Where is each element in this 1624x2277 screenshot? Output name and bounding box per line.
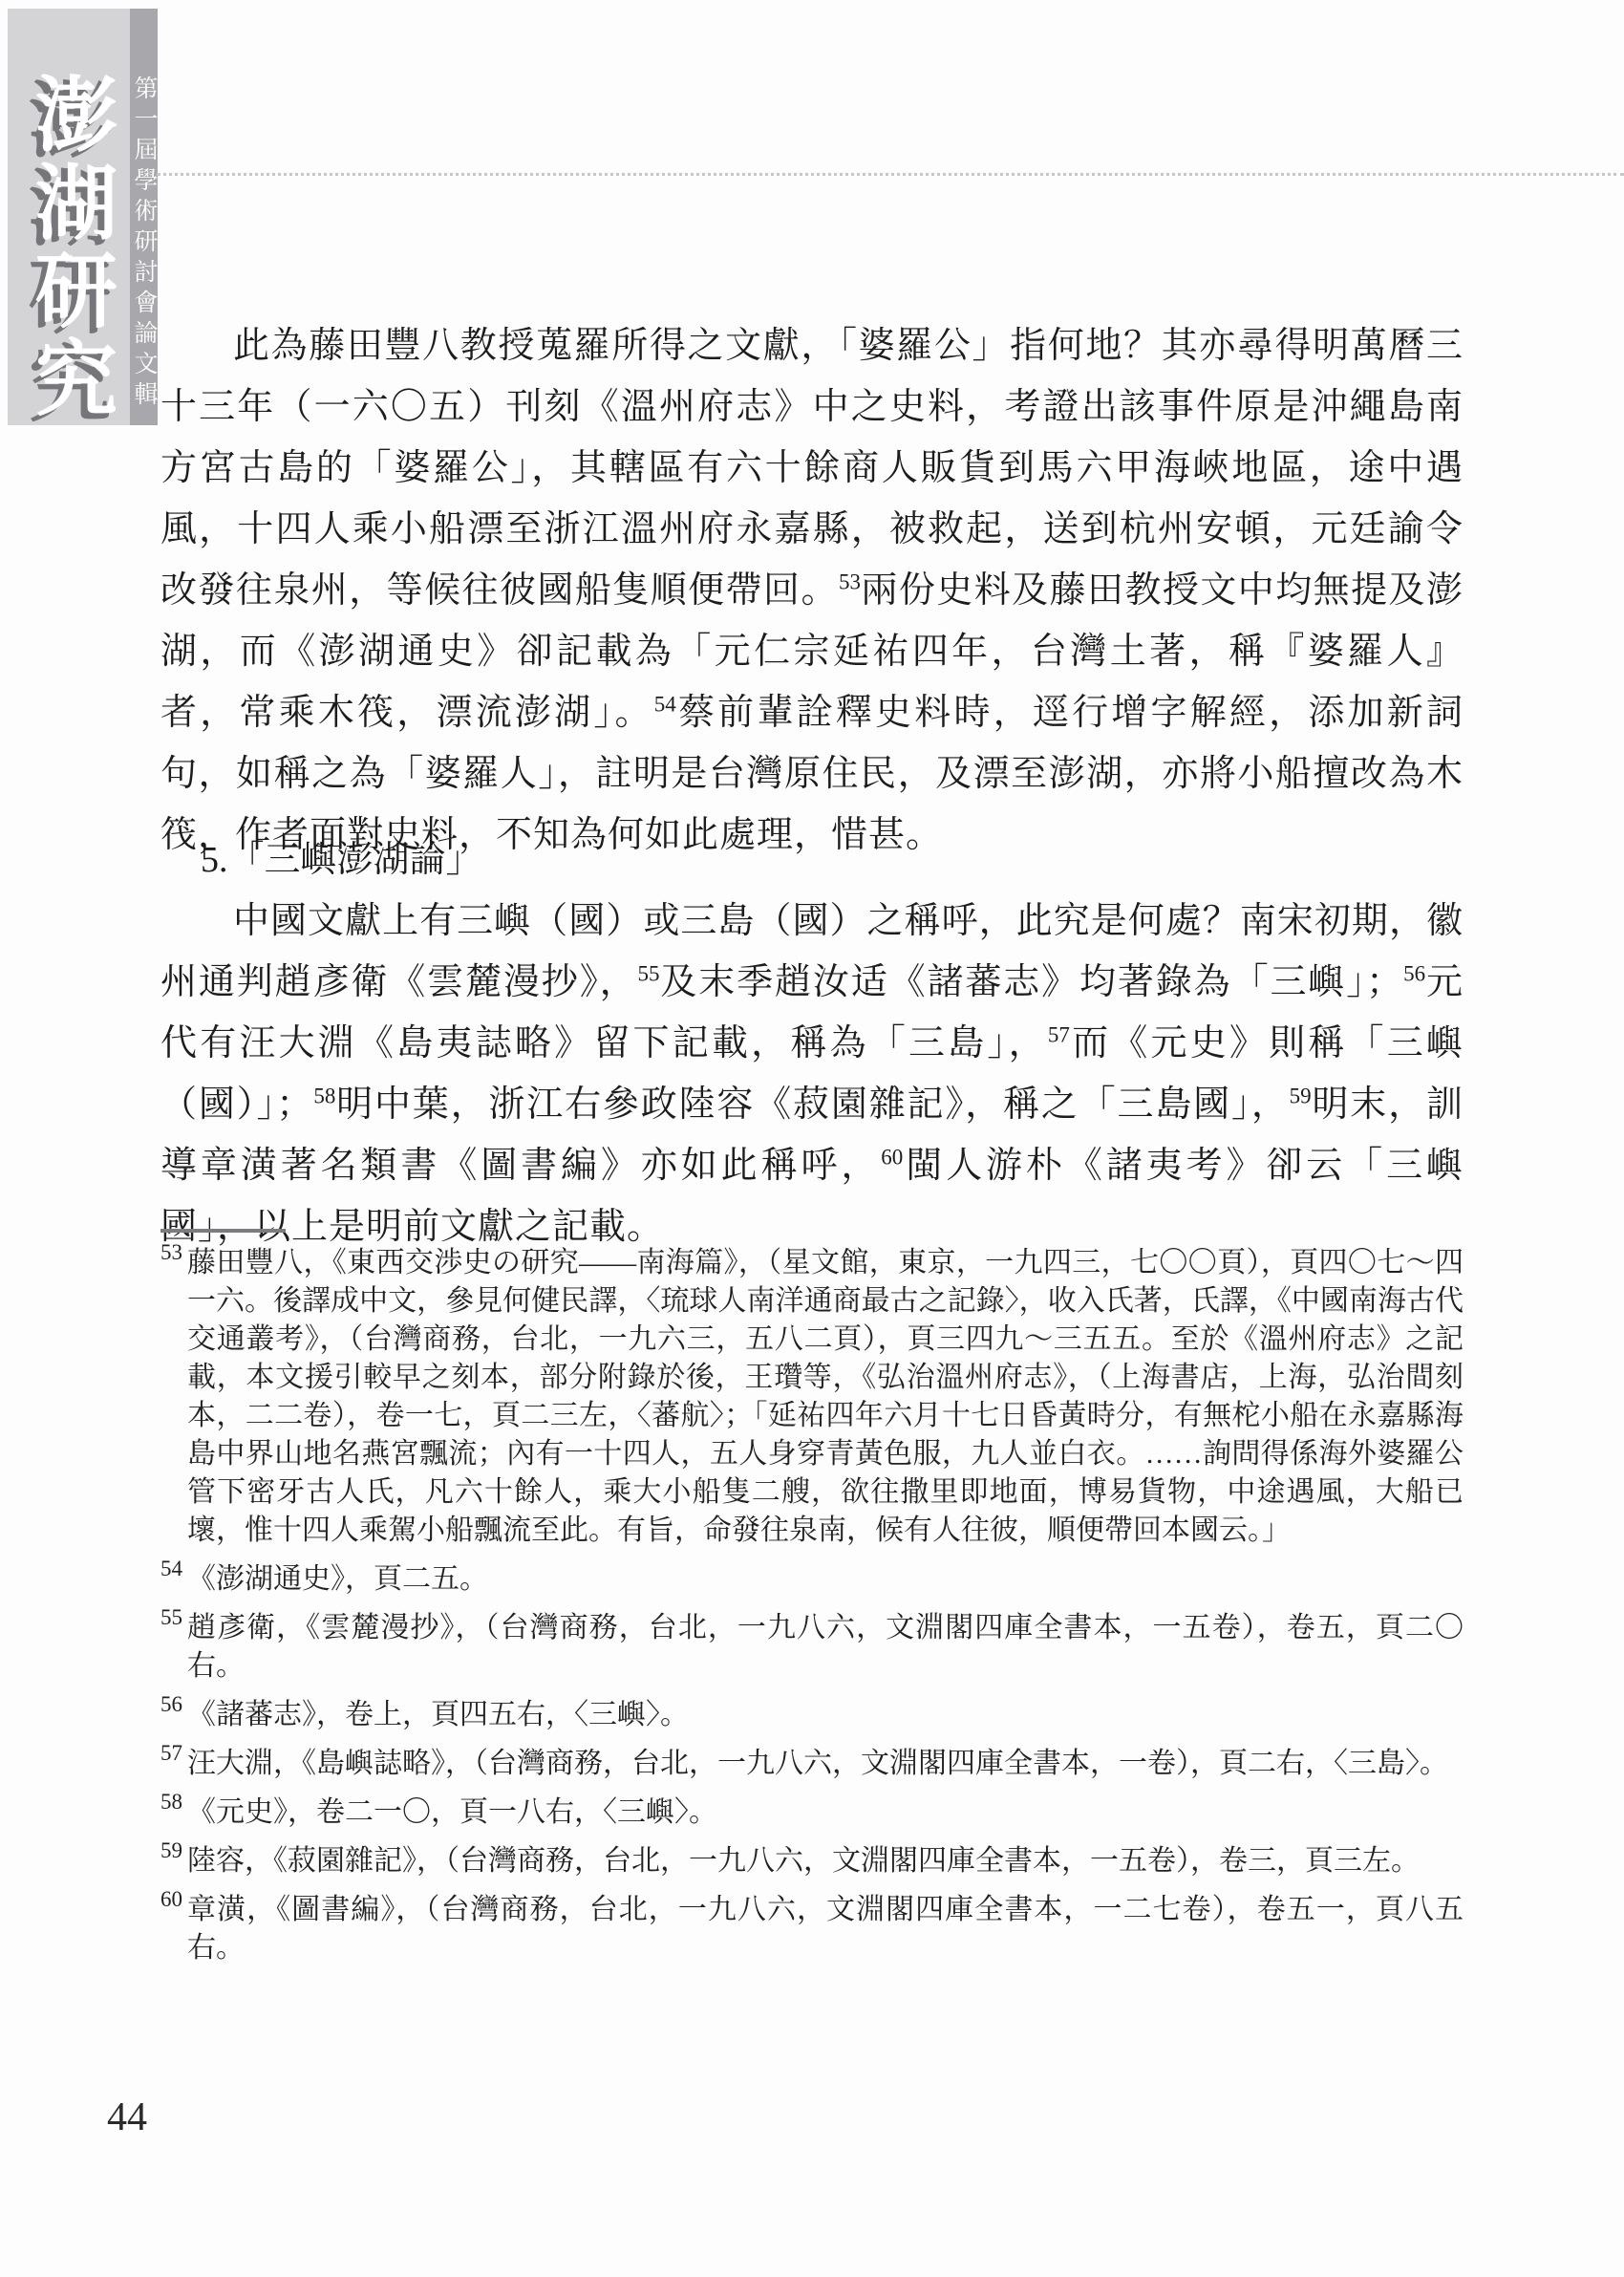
footnote-ref: 59	[1290, 1084, 1312, 1107]
footnote-number: 54	[160, 1557, 182, 1579]
footnote-text: 《澎湖通史》，頁二五。	[187, 1563, 488, 1595]
footnote-item: 60章潢，《圖書編》，（台灣商務，台北，一九八六，文淵閣四庫全書本，一二七卷），…	[160, 1891, 1464, 1967]
header-dotted-rule	[157, 173, 1624, 176]
section-heading: 5.「三嶼澎湖論」	[160, 829, 1504, 891]
footnote-ref: 57	[1048, 1022, 1070, 1046]
footnote-text: 《元史》，卷二一〇，頁一八右，〈三嶼〉。	[187, 1796, 717, 1828]
series-banner: 澎湖研究 第一屆學術研討會論文輯	[8, 9, 158, 425]
footnote-text: 《諸蕃志》，卷上，頁四五右，〈三嶼〉。	[187, 1699, 689, 1730]
document-page: 澎湖研究 第一屆學術研討會論文輯 此為藤田豐八教授蒐羅所得之文獻，「婆羅公」指何…	[0, 0, 1624, 2277]
footnote-ref: 60	[881, 1145, 903, 1169]
series-title: 澎湖研究	[28, 72, 110, 425]
footnote-text: 趙彥衛，《雲麓漫抄》，（台灣商務，台北，一九八六，文淵閣四庫全書本，一五卷），卷…	[187, 1612, 1464, 1682]
footnote-item: 53藤田豐八，《東西交渉史の研究——南海篇》，（星文館，東京，一九四三，七〇〇頁…	[160, 1244, 1464, 1550]
footnote-number: 55	[160, 1606, 182, 1628]
footnote-list: 53藤田豐八，《東西交渉史の研究——南海篇》，（星文館，東京，一九四三，七〇〇頁…	[160, 1244, 1464, 1978]
footnote-item: 55趙彥衛，《雲麓漫抄》，（台灣商務，台北，一九八六，文淵閣四庫全書本，一五卷）…	[160, 1609, 1464, 1686]
footnote-text: 章潢，《圖書編》，（台灣商務，台北，一九八六，文淵閣四庫全書本，一二七卷），卷五…	[187, 1894, 1464, 1964]
footnote-item: 54《澎湖通史》，頁二五。	[160, 1560, 1464, 1599]
footnote-number: 57	[160, 1742, 182, 1764]
footnote-item: 59陸容，《菽園雜記》，（台灣商務，台北，一九八六，文淵閣四庫全書本，一五卷），…	[160, 1842, 1464, 1880]
footnote-text: 汪大淵，《島嶼誌略》，（台灣商務，台北，一九八六，文淵閣四庫全書本，一卷），頁二…	[187, 1748, 1448, 1779]
footnote-ref: 54	[654, 692, 676, 716]
series-subtitle: 第一屆學術研討會論文輯	[132, 75, 156, 425]
footnote-number: 60	[160, 1888, 182, 1910]
body-paragraph-2: 中國文獻上有三嶼（國）或三島（國）之稱呼，此究是何處？南宋初期，徽州通判趙彥衛《…	[160, 891, 1464, 1257]
footnote-number: 58	[160, 1791, 182, 1813]
footnote-item: 58《元史》，卷二一〇，頁一八右，〈三嶼〉。	[160, 1794, 1464, 1832]
footnote-text: 藤田豐八，《東西交渉史の研究——南海篇》，（星文館，東京，一九四三，七〇〇頁），…	[187, 1247, 1464, 1546]
footnote-number: 59	[160, 1839, 182, 1861]
footnote-number: 56	[160, 1693, 182, 1715]
footnote-ref: 58	[313, 1084, 335, 1107]
footnote-item: 57汪大淵，《島嶼誌略》，（台灣商務，台北，一九八六，文淵閣四庫全書本，一卷），…	[160, 1745, 1464, 1783]
footnote-item: 56《諸蕃志》，卷上，頁四五右，〈三嶼〉。	[160, 1696, 1464, 1734]
series-banner-main: 澎湖研究	[8, 9, 130, 425]
footnote-ref: 56	[1403, 961, 1425, 985]
footnote-ref: 55	[637, 961, 659, 985]
footnote-separator	[160, 1229, 286, 1233]
body-paragraph-1: 此為藤田豐八教授蒐羅所得之文獻，「婆羅公」指何地？其亦尋得明萬曆三十三年（一六〇…	[160, 315, 1464, 866]
footnote-ref: 53	[839, 569, 861, 593]
series-banner-strip: 第一屆學術研討會論文輯	[130, 9, 158, 425]
footnote-text: 陸容，《菽園雜記》，（台灣商務，台北，一九八六，文淵閣四庫全書本，一五卷），卷三…	[187, 1845, 1420, 1877]
footnote-number: 53	[160, 1241, 182, 1263]
page-number: 44	[107, 2094, 147, 2140]
